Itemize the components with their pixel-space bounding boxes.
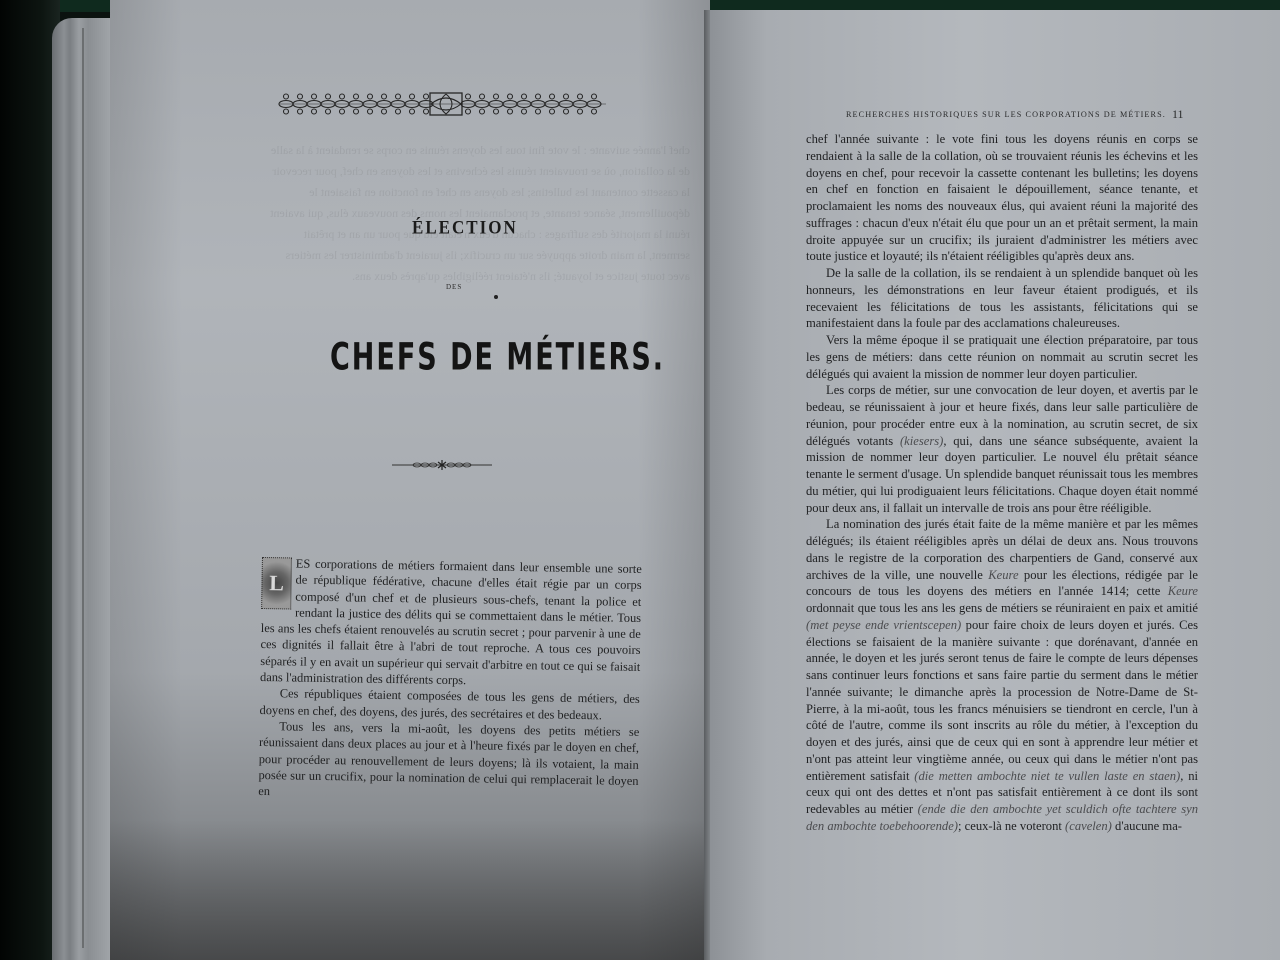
decorative-scroll-ornament-icon <box>278 92 608 116</box>
paragraph: chef l'année suivante : le vote fini tou… <box>806 131 1198 265</box>
ornate-dropcap-icon: L <box>261 557 292 609</box>
text-run: Vers la même époque il se pratiquait une… <box>806 333 1198 381</box>
paragraph: Vers la même époque il se pratiquait une… <box>806 332 1198 382</box>
paragraph: De la salle de la collation, ils se rend… <box>806 265 1198 332</box>
flemish-quote: (cavelen) <box>1065 819 1112 833</box>
text-run: ordonnait que tous les ans les gens de m… <box>806 601 1198 615</box>
running-head: RECHERCHES HISTORIQUES SUR LES CORPORATI… <box>846 110 1166 119</box>
page-edges-stack <box>52 18 112 960</box>
text-run: De la salle de la collation, ils se rend… <box>806 266 1198 330</box>
flemish-quote: (met peyse ende vrientscepen) <box>806 618 961 632</box>
text-run: chef l'année suivante : le vote fini tou… <box>806 132 1198 263</box>
table-surface-left <box>0 0 60 960</box>
paragraph: Tous les ans, vers la mi-août, les doyen… <box>258 718 639 805</box>
chapter-title-line1: ÉLECTION <box>412 217 518 239</box>
right-page-body: chef l'année suivante : le vote fini tou… <box>806 131 1198 835</box>
flemish-quote: Keure <box>988 568 1018 582</box>
page-number: 11 <box>1172 107 1184 122</box>
flemish-quote: (kiesers) <box>900 434 943 448</box>
flemish-quote: (die metten ambochte niet te vullen last… <box>914 769 1180 783</box>
paragraph: L ES corporations de métiers formaient d… <box>260 555 642 691</box>
flemish-quote: Keure <box>1168 584 1198 598</box>
page-shadow <box>110 820 710 960</box>
paragraph: Les corps de métier, sur une convocation… <box>806 382 1198 516</box>
paragraph: La nomination des jurés était faite de l… <box>806 516 1198 834</box>
text-run: ; ceux-là ne voteront <box>958 819 1065 833</box>
left-page-body: L ES corporations de métiers formaient d… <box>258 555 642 805</box>
ink-spot <box>494 295 498 299</box>
text-run: pour faire choix de leurs doyen et jurés… <box>806 618 1198 783</box>
chapter-title-line2: DES <box>446 283 462 291</box>
text-run: d'aucune ma- <box>1112 819 1182 833</box>
chapter-title-line3: CHEFS DE MÉTIERS. <box>330 336 665 380</box>
